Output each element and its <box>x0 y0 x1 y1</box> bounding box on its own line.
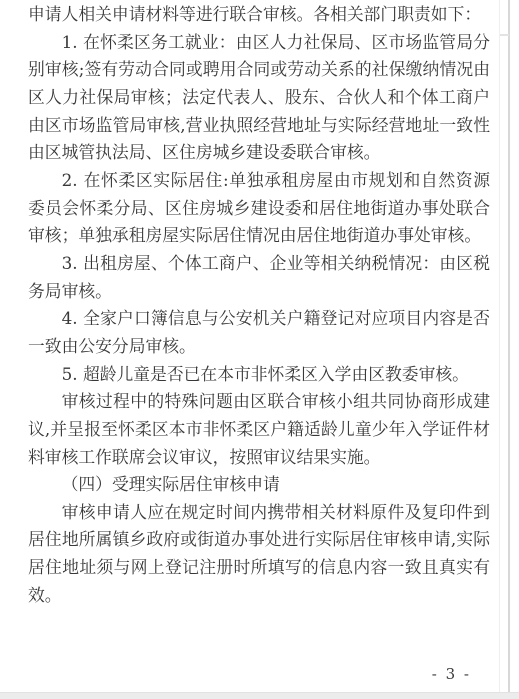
section-heading-four: （四）受理实际居住审核申请 <box>28 471 490 499</box>
body-paragraph-item-4: 4. 全家户口簿信息与公安机关户籍登记对应项目内容是否一致由公安分局审核。 <box>28 305 490 360</box>
body-paragraph-item-2: 2. 在怀柔区实际居住:单独承租房屋由市规划和自然资源委员会怀柔分局、区住房城乡… <box>28 167 490 250</box>
body-paragraph-item-3: 3. 出租房屋、个体工商户、企业等相关纳税情况：由区税务局审核。 <box>28 250 490 305</box>
document-body: 申请人相关申请材料等进行联合审核。各相关部门职责如下： 1. 在怀柔区务工就业：… <box>28 1 490 609</box>
page-bottom-strip <box>0 692 519 699</box>
page-number: - 3 - <box>432 667 471 682</box>
document-page: { "page": { "background_color": "#ffffff… <box>0 0 519 699</box>
body-paragraph-summary: 审核过程中的特殊问题由区联合审核小组共同协商形成建议,并呈报至怀柔区本市非怀柔区… <box>28 388 490 471</box>
scrollbar-tick <box>500 34 509 36</box>
body-paragraph-continuation: 申请人相关申请材料等进行联合审核。各相关部门职责如下： <box>28 1 490 29</box>
body-paragraph-application: 审核申请人应在规定时间内携带相关材料原件及复印件到居住地所属镇乡政府或街道办事处… <box>28 499 490 610</box>
body-paragraph-item-5: 5. 超龄儿童是否已在本市非怀柔区入学由区教委审核。 <box>28 361 490 389</box>
page-edge-rule-light <box>499 0 500 693</box>
body-paragraph-item-1: 1. 在怀柔区务工就业：由区人力社保局、区市场监管局分别审核;签有劳动合同或聘用… <box>28 29 490 167</box>
page-edge-rule <box>508 0 510 693</box>
